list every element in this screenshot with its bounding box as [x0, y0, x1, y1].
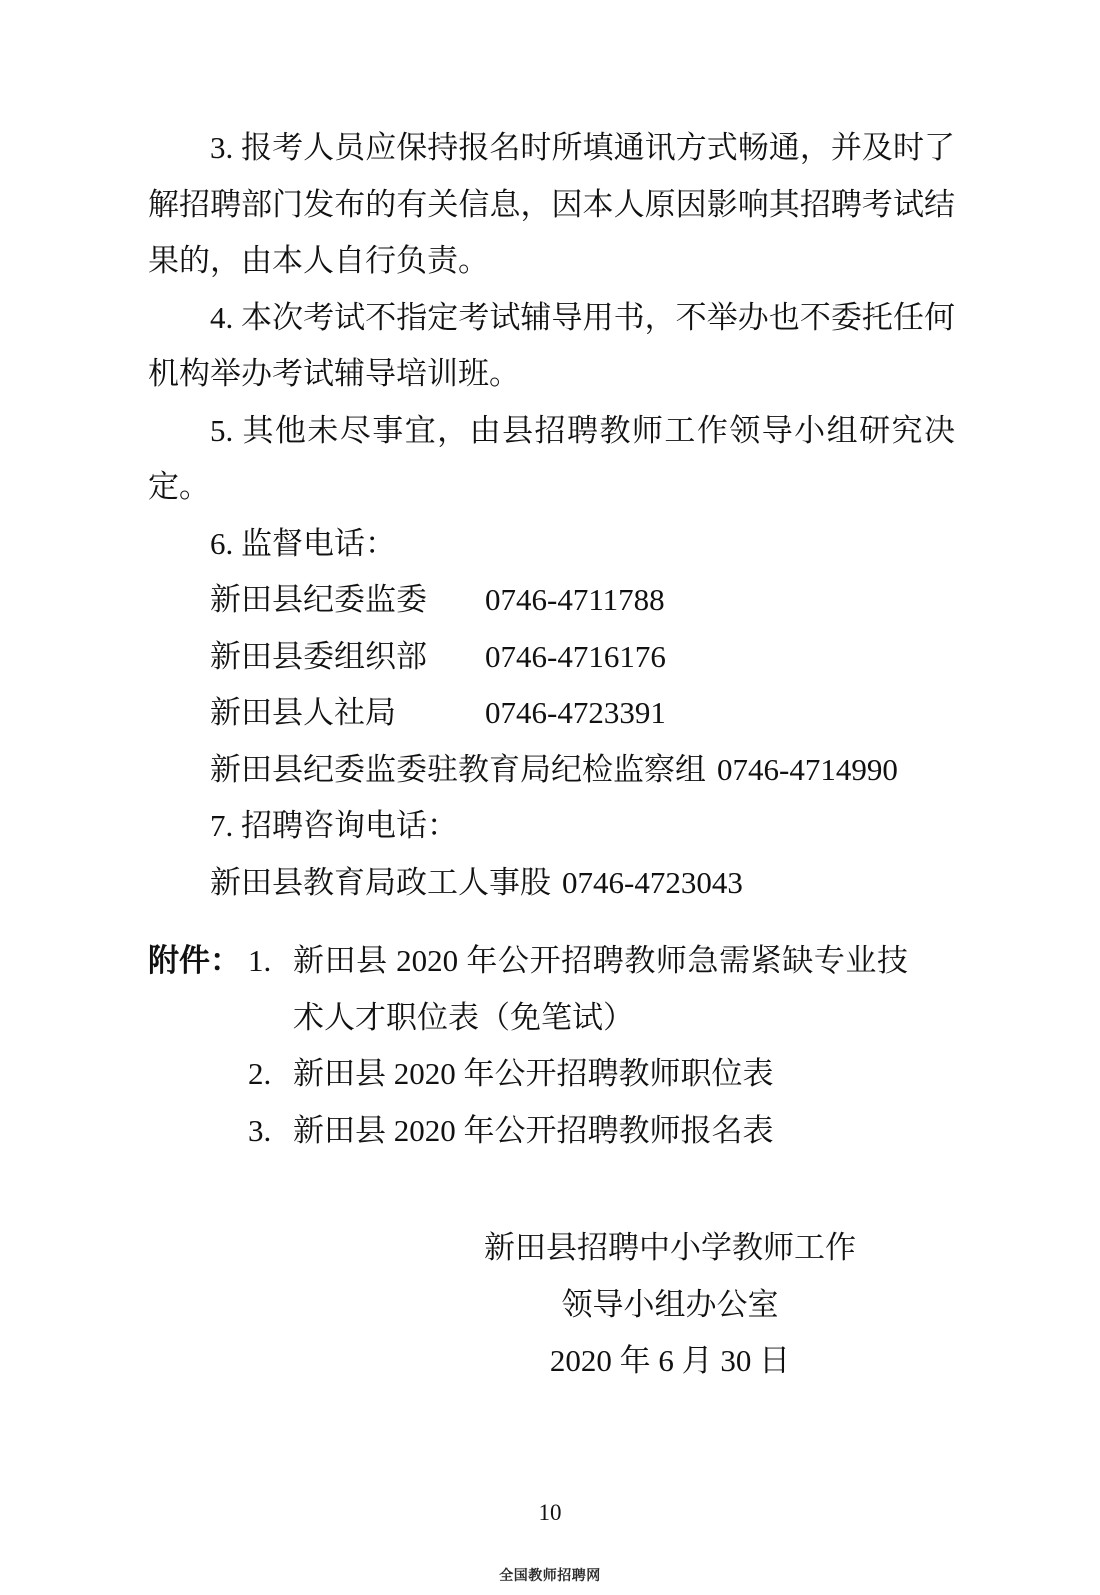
- para-4-line-1: 4. 本次考试不指定考试辅导用书，不举办也不委托任何: [148, 290, 955, 347]
- attachment-marker: 3.: [248, 1103, 293, 1160]
- para-5-line-1: 5. 其他未尽事宜，由县招聘教师工作领导小组研究决: [148, 403, 955, 460]
- phone-number: 0746-4714990: [717, 752, 898, 787]
- page-number: 10: [0, 1500, 1100, 1526]
- phone-number: 0746-4723043: [562, 865, 743, 900]
- phone-row: 新田县委组织部0746-4716176: [148, 629, 955, 686]
- para-5-line-2: 定。: [148, 459, 955, 516]
- phone-org: 新田县纪委监委驻教育局纪检监察组: [210, 752, 706, 787]
- supervision-phone-heading: 6. 监督电话：: [148, 516, 955, 573]
- phone-row: 新田县人社局0746-4723391: [148, 685, 955, 742]
- phone-number: 0746-4716176: [485, 639, 666, 674]
- attachments-block: 附件： 1. 新田县 2020 年公开招聘教师急需紧缺专业技术人才职位表（免笔试…: [148, 933, 955, 1159]
- phone-org: 新田县纪委监委: [210, 572, 485, 629]
- phone-row-consult: 新田县教育局政工人事股0746-4723043: [148, 855, 955, 912]
- para-3-line-2: 解招聘部门发布的有关信息，因本人原因影响其招聘考试结: [148, 177, 955, 234]
- attachment-text: 新田县 2020 年公开招聘教师报名表: [293, 1103, 774, 1160]
- phone-number: 0746-4723391: [485, 695, 666, 730]
- document-page: { "page": { "background_color": "#ffffff…: [0, 0, 1100, 1595]
- attachment-text: 新田县 2020 年公开招聘教师急需紧缺专业技术人才职位表（免笔试）: [293, 933, 908, 1046]
- phone-org: 新田县委组织部: [210, 629, 485, 686]
- phone-row-inspection-group: 新田县纪委监委驻教育局纪检监察组0746-4714990: [148, 742, 955, 799]
- phone-org: 新田县人社局: [210, 685, 485, 742]
- signature-block: 新田县招聘中小学教师工作 领导小组办公室 2020 年 6 月 30 日: [460, 1220, 880, 1390]
- para-4-line-2: 机构举办考试辅导培训班。: [148, 346, 955, 403]
- attachment-text: 新田县 2020 年公开招聘教师职位表: [293, 1046, 774, 1103]
- attachment-marker: 2.: [248, 1046, 293, 1103]
- watermark: 全国教师招聘网: [0, 1565, 1100, 1585]
- signature-date: 2020 年 6 月 30 日: [460, 1333, 880, 1390]
- attachments-list: 1. 新田县 2020 年公开招聘教师急需紧缺专业技术人才职位表（免笔试） 2.…: [248, 933, 908, 1159]
- para-3-line-1: 3. 报考人员应保持报名时所填通讯方式畅通，并及时了: [148, 120, 955, 177]
- signature-line-office-2: 领导小组办公室: [460, 1277, 880, 1334]
- attachment-item: 2. 新田县 2020 年公开招聘教师职位表: [248, 1046, 908, 1103]
- attachment-item: 3. 新田县 2020 年公开招聘教师报名表: [248, 1103, 908, 1160]
- para-3-line-3: 果的，由本人自行负责。: [148, 233, 955, 290]
- attachment-item: 1. 新田县 2020 年公开招聘教师急需紧缺专业技术人才职位表（免笔试）: [248, 933, 908, 1046]
- phone-org: 新田县教育局政工人事股: [210, 865, 551, 900]
- document-body: 3. 报考人员应保持报名时所填通讯方式畅通，并及时了 解招聘部门发布的有关信息，…: [148, 120, 955, 1390]
- attachments-label: 附件：: [148, 933, 248, 990]
- phone-row: 新田县纪委监委0746-4711788: [148, 572, 955, 629]
- signature-line-office-1: 新田县招聘中小学教师工作: [460, 1220, 880, 1277]
- consult-phone-heading: 7. 招聘咨询电话：: [148, 798, 955, 855]
- attachment-marker: 1.: [248, 933, 293, 990]
- phone-number: 0746-4711788: [485, 582, 665, 617]
